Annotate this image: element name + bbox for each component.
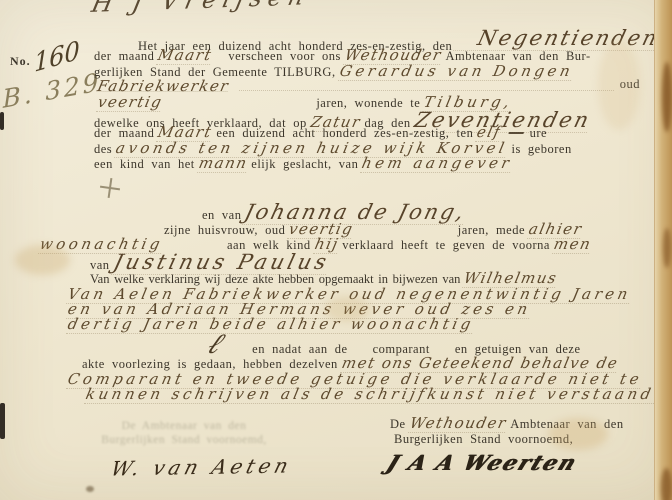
handwritten-entry: hem aangever — [360, 154, 514, 173]
printed-form-text: Burgerlijken Stand voornoemd, — [394, 432, 573, 447]
line-declared: dewelke ons heeft verklaard, dat opZatur… — [94, 108, 640, 123]
line-opening: Het jaar een duizend acht honderd zes-en… — [94, 31, 640, 46]
bleedthrough-line: Burgerlijken Stand voornoemd, — [58, 434, 310, 448]
handwritten-entry: ― — [507, 123, 527, 141]
form-blank-space — [239, 90, 613, 91]
line-read-aloud: akte voorlezing is gedaan, hebben dezelv… — [82, 354, 640, 369]
paper-stain — [548, 418, 608, 450]
handwritten-entry: Zeventienden — [412, 108, 594, 133]
handwritten-entry: kunnen schrijven als de schrijfkunst nie… — [84, 385, 668, 404]
archivist-pencil-note: B. 329 — [2, 67, 101, 114]
handwritten-entry: men — [552, 235, 593, 254]
line-closing-lead: ℓen nadat aan decomparanten getuigen van… — [94, 339, 640, 354]
handwritten-entry: Fabriekwerker — [96, 77, 231, 92]
handwritten-entry: Johanna de Jong, — [242, 200, 469, 225]
handwritten-entry: dertig Jaren beide alhier woonachtig — [66, 315, 476, 334]
printed-form-text: verklaard heeft te geven de voorna — [342, 238, 550, 253]
handwritten-entry: veertig — [96, 93, 164, 112]
printed-form-text: elijk geslacht, van — [251, 157, 358, 172]
paper-stain — [325, 296, 370, 322]
official-signature: J A A Weerten — [383, 450, 582, 475]
handwritten-entry: ℓ — [207, 339, 225, 349]
handwritten-entry: Justinus Paulus — [110, 250, 331, 275]
ink-bleedthrough: De Ambtenaar van den Burgerlijken Stand … — [58, 420, 310, 448]
line-place: desavonds ten zijnen huize wijk Korvelis… — [94, 139, 640, 154]
line-mother: en vanJohanna de Jong, — [202, 200, 640, 220]
line-cannot-write-1: Comparant en tweede getuige die verklaar… — [64, 370, 640, 385]
printed-form-text: is geboren — [511, 142, 571, 157]
edge-stain — [661, 468, 672, 500]
ink-speck — [86, 486, 94, 492]
registry-act-scan: H J Vreijsen No.160 B. 329 Het jaar een … — [0, 0, 672, 500]
book-edge — [654, 0, 672, 500]
act-number-label: No. — [10, 54, 31, 68]
bleedthrough-line: De Ambtenaar van den — [58, 420, 310, 434]
handwritten-entry: mann — [197, 154, 250, 173]
handwritten-entry: Gerardus van Dongen — [338, 62, 575, 81]
handwritten-entry: Maart — [156, 46, 214, 65]
printed-form-text: een kind van het — [94, 157, 195, 172]
binding-ink-mark — [0, 403, 5, 439]
act-number-block: No.160 — [10, 42, 80, 71]
previous-act-signature-fragment: H J Vreijsen — [89, 0, 313, 18]
edge-stain — [662, 62, 672, 132]
line-cannot-write-2: kunnen schrijven als de schrijfkunst nie… — [82, 385, 640, 400]
declarant-signature: W. van Aeten — [108, 453, 295, 480]
edge-stain — [663, 228, 671, 268]
paper-stain — [598, 40, 640, 130]
document-body: Het jaar een duizend acht honderd zes-en… — [94, 31, 640, 445]
handwritten-entry: Wethouder — [408, 414, 509, 433]
handwritten-entry: Zatur — [309, 113, 363, 132]
paper-stain — [15, 245, 70, 275]
binding-ink-mark — [0, 112, 4, 130]
